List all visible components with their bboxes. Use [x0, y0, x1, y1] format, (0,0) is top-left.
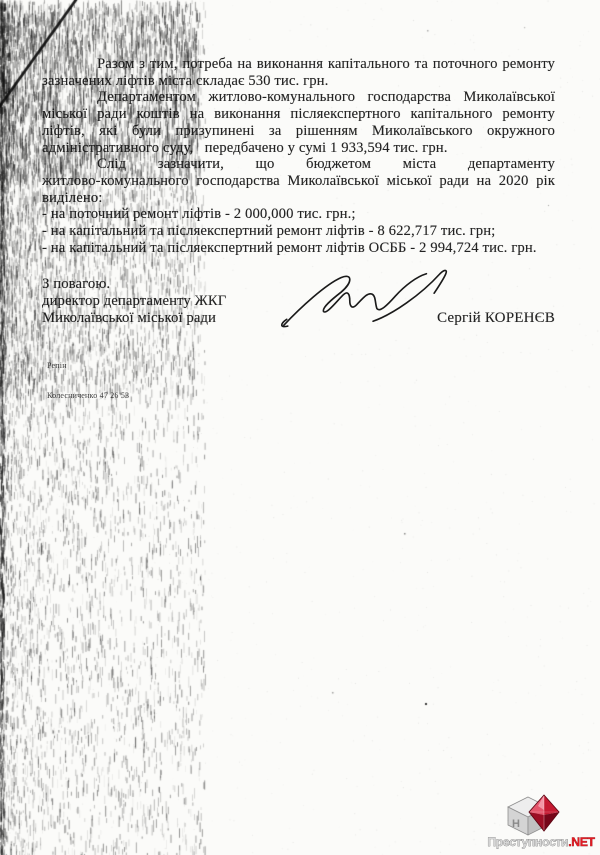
signer-name: Сергій КОРЕНЄВ [437, 310, 555, 327]
body-line: виділено: [42, 190, 555, 207]
body-line: Слід зазначити, що бюджетом міста департ… [42, 156, 555, 173]
body-line: Департаментом житлово-комунального госпо… [42, 89, 555, 106]
body-line: зазначених ліфтів міста складає 530 тис.… [42, 73, 555, 90]
scanned-letter-page: Разом з тим, потреба на виконання капіта… [0, 0, 600, 855]
watermark-brand-text: Преступности.NET [487, 835, 595, 849]
list-item-current-repair: - на поточний ремонт ліфтів - 2 000,000 … [42, 206, 555, 223]
list-item-capital-repair: - на капітальний та післяекспертний ремо… [42, 223, 555, 240]
prestupnosti-net-watermark: Н Преступности.NET [482, 794, 600, 852]
body-line: адміністративного суду, передбачено у су… [42, 140, 555, 157]
cube-letter: Н [512, 818, 520, 830]
body-line: Разом з тим, потреба на виконання капіта… [42, 56, 555, 73]
body-line: ліфтів, які були призупинені за рішенням… [42, 123, 555, 140]
brand-net-text: .NET [568, 835, 595, 849]
executor-phone: Колесниченко 47 26 53 [47, 391, 129, 401]
body-line: житлово-комунального господарства Микола… [42, 173, 555, 190]
brand-metal-text: Преступности [487, 835, 568, 849]
list-item-osbb-repair: - на капітальний та післяекспертний ремо… [42, 240, 555, 257]
executor-name: Репін [47, 361, 129, 371]
body-line: міської ради коштів на виконання післяек… [42, 106, 555, 123]
executor-note: Репін Колесниченко 47 26 53 [47, 341, 129, 421]
